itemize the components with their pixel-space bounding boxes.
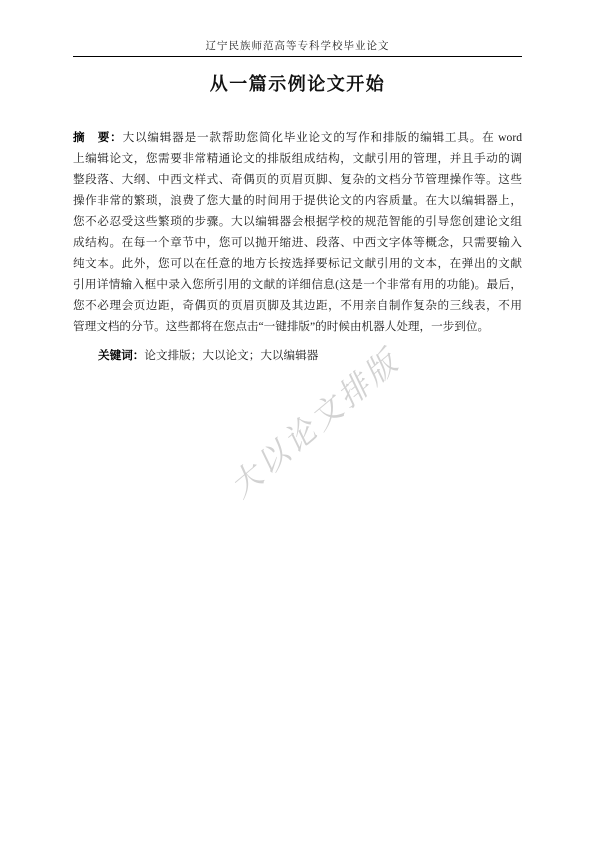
abstract-label: 摘 要： xyxy=(73,131,123,144)
page-header: 辽宁民族师范高等专科学校毕业论文 xyxy=(0,39,595,54)
abstract-line: 您不必理会页边距，奇偶页的页眉页脚及其边距，不用亲自制作复杂的三线表，不用 xyxy=(73,295,522,316)
keywords-label: 关键词： xyxy=(98,349,144,362)
abstract-line: 整段落、大纲、中西文样式、奇偶页的页眉页脚、复杂的文档分节管理操作等。这些 xyxy=(73,169,522,190)
abstract-line: 纯文本。此外，您可以在任意的地方长按选择要标记文献引用的文本，在弹出的文献 xyxy=(73,253,522,274)
keywords-line: 关键词：论文排版；大以论文；大以编辑器 xyxy=(73,345,522,366)
thesis-page: 大以论文排版 辽宁民族师范高等专科学校毕业论文 从一篇示例论文开始 摘 要：大以… xyxy=(0,0,595,842)
abstract-paragraph: 摘 要：大以编辑器是一款帮助您简化毕业论文的写作和排版的编辑工具。在 word … xyxy=(73,127,522,337)
abstract-line: 您不必忍受这些繁琐的步骤。大以编辑器会根据学校的规范智能的引导您创建论文组 xyxy=(73,211,522,232)
abstract-line: 成结构。在每一个章节中，您可以抛开缩进、段落、中西文字体等概念，只需要输入 xyxy=(73,232,522,253)
abstract-line: 操作非常的繁琐，浪费了您大量的时间用于提供论文的内容质量。在大以编辑器上， xyxy=(73,190,522,211)
abstract-line: 摘 要：大以编辑器是一款帮助您简化毕业论文的写作和排版的编辑工具。在 word xyxy=(73,127,522,148)
abstract-line: 引用详情输入框中录入您所引用的文献的详细信息(这是一个非常有用的功能)。最后， xyxy=(73,274,522,295)
doc-title: 从一篇示例论文开始 xyxy=(0,71,595,97)
abstract-line-text: 大以编辑器是一款帮助您简化毕业论文的写作和排版的编辑工具。在 word xyxy=(123,131,522,144)
abstract-line: 上编辑论文，您需要非常精通论文的排版组成结构，文献引用的管理，并且手动的调 xyxy=(73,148,522,169)
header-rule xyxy=(73,56,522,57)
abstract-line: 管理文档的分节。这些都将在您点击“一键排版”的时候由机器人处理，一步到位。 xyxy=(73,316,522,337)
keywords-text: 论文排版；大以论文；大以编辑器 xyxy=(144,349,318,362)
